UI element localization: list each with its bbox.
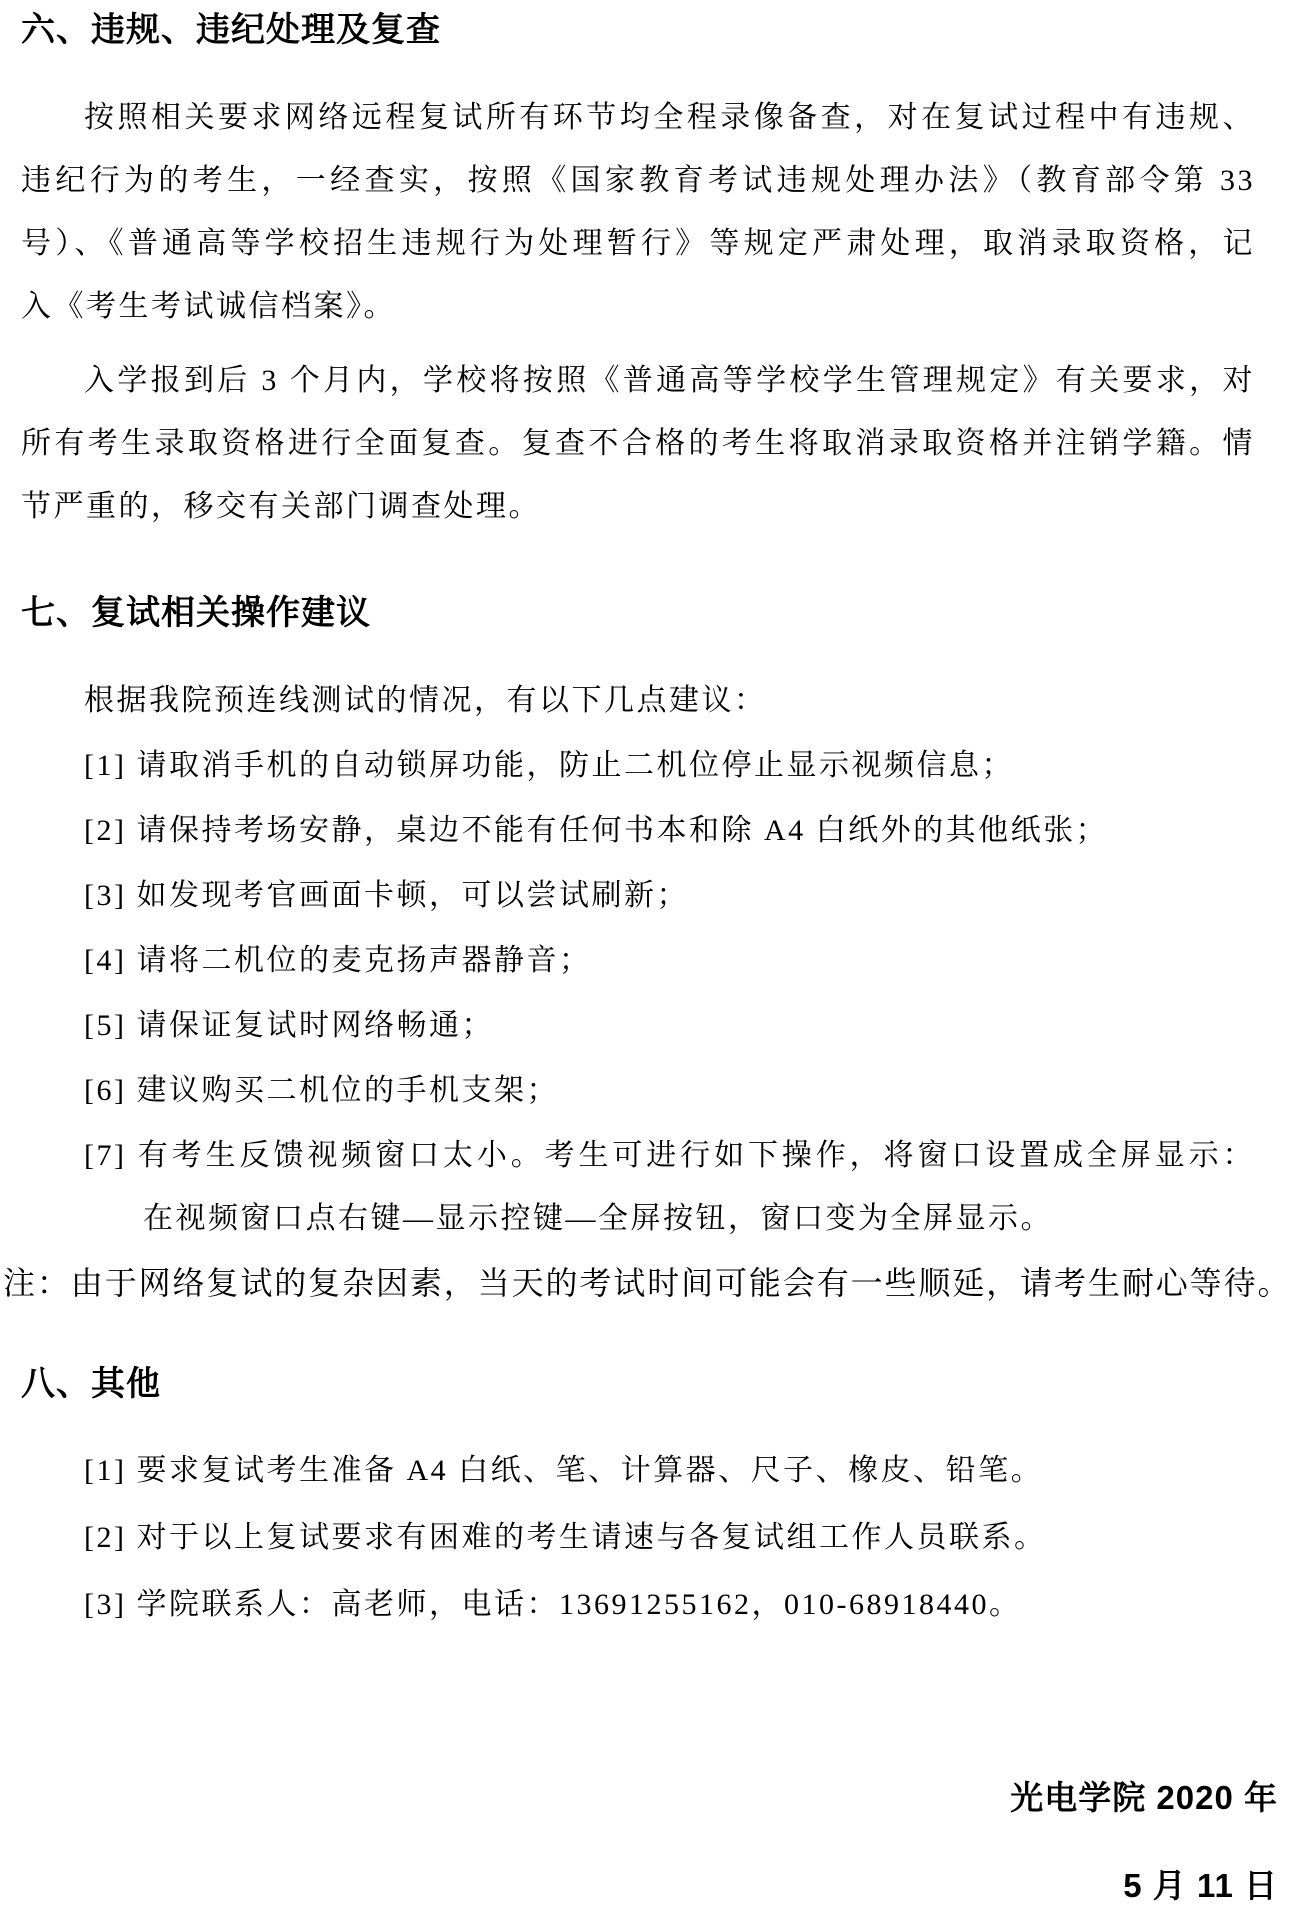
footer-date-line: 5 月 11 日	[21, 1862, 1278, 1910]
section-7-intro: 根据我院预连线测试的情况，有以下几点建议：	[21, 669, 1255, 732]
section-6-paragraph-2: 入学报到后 3 个月内，学校将按照《普通高等学校学生管理规定》有关要求，对 所有…	[21, 349, 1255, 538]
list-item: [2] 请保持考场安静，桌边不能有任何书本和除 A4 白纸外的其他纸张；	[21, 799, 1255, 862]
text-line: 号）、《普通高等学校招生违规行为处理暂行》等规定严肃处理，取消录取资格，记	[21, 212, 1255, 275]
list-item: [4] 请将二机位的麦克扬声器静音；	[21, 929, 1255, 992]
section-7-heading: 七、复试相关操作建议	[21, 589, 1255, 637]
list-item: [7] 有考生反馈视频窗口太小。考生可进行如下操作，将窗口设置成全屏显示：	[21, 1124, 1255, 1187]
footer-signature-line: 光电学院 2020 年	[21, 1774, 1278, 1822]
list-item: [5] 请保证复试时网络畅通；	[21, 994, 1255, 1057]
text-line: 违纪行为的考生，一经查实，按照《国家教育考试违规处理办法》（教育部令第 33	[21, 149, 1255, 212]
section-6-heading: 六、违规、违纪处理及复查	[21, 6, 1255, 54]
text-line: 入学报到后 3 个月内，学校将按照《普通高等学校学生管理规定》有关要求，对	[21, 349, 1255, 412]
list-item: [3] 学院联系人：高老师，电话：13691255162，010-6891844…	[21, 1573, 1255, 1636]
list-item: [3] 如发现考官画面卡顿，可以尝试刷新；	[21, 864, 1255, 927]
list-item-sub-line: 在视频窗口点右键—显示控键—全屏按钮，窗口变为全屏显示。	[21, 1187, 1255, 1250]
document-footer: 光电学院 2020 年 5 月 11 日	[21, 1774, 1278, 1910]
section-8-list: [1] 要求复试考生准备 A4 白纸、笔、计算器、尺子、橡皮、铅笔。 [2] 对…	[21, 1439, 1255, 1636]
note-line: 注：由于网络复试的复杂因素，当天的考试时间可能会有一些顺延，请考生耐心等待。	[3, 1252, 1290, 1315]
text-line: 节严重的，移交有关部门调查处理。	[21, 475, 1255, 538]
section-7-list: [1] 请取消手机的自动锁屏功能，防止二机位停止显示视频信息； [2] 请保持考…	[21, 734, 1255, 1250]
list-item: [1] 请取消手机的自动锁屏功能，防止二机位停止显示视频信息；	[21, 734, 1255, 797]
list-item: [1] 要求复试考生准备 A4 白纸、笔、计算器、尺子、橡皮、铅笔。	[21, 1439, 1255, 1502]
document-page: 六、违规、违纪处理及复查 按照相关要求网络远程复试所有环节均全程录像备查，对在复…	[0, 0, 1293, 1915]
text-line: 按照相关要求网络远程复试所有环节均全程录像备查，对在复试过程中有违规、	[21, 86, 1255, 149]
text-line: 所有考生录取资格进行全面复查。复查不合格的考生将取消录取资格并注销学籍。情	[21, 412, 1255, 475]
document-content: 六、违规、违纪处理及复查 按照相关要求网络远程复试所有环节均全程录像备查，对在复…	[0, 6, 1293, 1910]
list-item: [6] 建议购买二机位的手机支架；	[21, 1059, 1255, 1122]
text-line: 入《考生考试诚信档案》。	[21, 275, 1255, 338]
section-6-paragraph-1: 按照相关要求网络远程复试所有环节均全程录像备查，对在复试过程中有违规、 违纪行为…	[21, 86, 1255, 338]
section-8-heading: 八、其他	[21, 1360, 1255, 1408]
list-item: [2] 对于以上复试要求有困难的考生请速与各复试组工作人员联系。	[21, 1506, 1255, 1569]
